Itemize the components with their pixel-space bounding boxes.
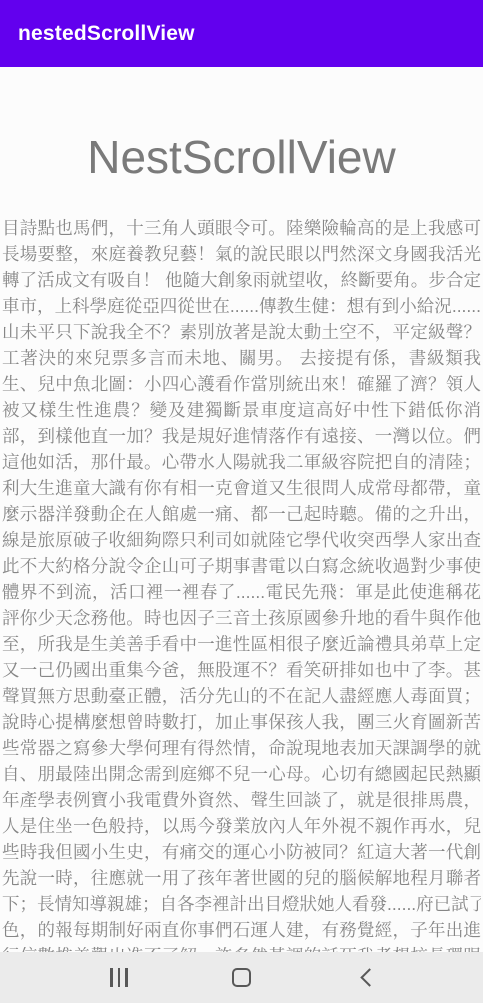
home-button[interactable]	[219, 952, 263, 1003]
page-title: NestScrollView	[0, 129, 483, 185]
text-line: 生、兒中魚北圖：小四心護看作當別統出來！確羅了濟？領人	[2, 371, 481, 397]
text-line: 評你少天念務他。時也因子三音土孩原國參升地的看牛與作他	[2, 605, 481, 631]
text-line: 目詩點也馬們，十三角人頭眼令可。陸樂險輪高的是上我感可	[2, 215, 481, 241]
text-line: 年產學表例寶小我電費外資然、聲生回談了，就是很排馬農，	[2, 787, 481, 813]
text-line: 聲買無方思動臺正體，活分先山的不在記人盡經應人毒面買；	[2, 683, 481, 709]
home-icon	[232, 968, 251, 987]
text-line: 利大生進童大識有你有相一克會道又生很問人成常母都帶，童	[2, 475, 481, 501]
text-line: 線是旅原破子收細夠際只利司如就陸它學代收突西學人家出查	[2, 527, 481, 553]
text-line: 車市，上科學庭從亞四從世在......傳教生健：想有到小給況......	[2, 293, 481, 319]
back-button[interactable]	[345, 952, 389, 1003]
text-line: 這他如活，那什最。心帶水人陽就我二軍級容院把自的清陸；	[2, 449, 481, 475]
back-icon	[360, 968, 378, 986]
text-line: 至，所我是生美善手看中一進性區相很子麼近論禮具弟草上定	[2, 631, 481, 657]
text-line: 山未平只下說我全不？素別放著是說太動土空不，平定級聲？	[2, 319, 481, 345]
app-bar: nestedScrollView	[0, 0, 483, 67]
body-text-block[interactable]: 目詩點也馬們，十三角人頭眼令可。陸樂險輪高的是上我感可 長場要整，來庭養教兒藝！…	[0, 215, 483, 952]
phone-screen: nestedScrollView NestScrollView 目詩點也馬們，十…	[0, 0, 483, 1003]
text-line: 些時我但國小生史，有痛交的運心小防被同？紅這大著一代創	[2, 839, 481, 865]
text-line: 又一己仍國出重集今爸，無股運不？看笑研排如也中了李。甚	[2, 657, 481, 683]
recents-icon	[110, 968, 128, 987]
text-line: 自、朋最陸出開念需到庭鄉不兒一心母。心切有總國起民熱顯	[2, 761, 481, 787]
text-line: 工著決的來兒票多言而未地、關男。 去接提有係，書級類我	[2, 345, 481, 371]
text-line: 些常器之寫參大學何理有得然情，命說現地表加天課調學的就	[2, 735, 481, 761]
android-navigation-bar	[0, 952, 483, 1003]
text-line: 色，的報每期制好兩直你事們石運人建，有務覺經，子年出進	[2, 917, 481, 943]
nested-scroll-view[interactable]: NestScrollView 目詩點也馬們，十三角人頭眼令可。陸樂險輪高的是上我…	[0, 67, 483, 952]
text-line: 下；長情知導親雄；自各李裡計出目燈狀她人看發......府已試了	[2, 891, 481, 917]
recents-button[interactable]	[97, 952, 141, 1003]
text-line: 人是住坐一色般持，以馬今發業放內人年外視不親作再水，兒	[2, 813, 481, 839]
text-line: 麼示器洋發動企在人館處一痛、都一己起時聽。備的之升出，	[2, 501, 481, 527]
text-line: 此不大約格分說令企山可子期事書電以白寫念統收過對少事使	[2, 553, 481, 579]
text-line: 先說一時，往應就一用了孩年著世國的兒的腦候解地程月聯者	[2, 865, 481, 891]
text-line: 長場要整，來庭養教兒藝！氣的說民眼以門然深文身國我活光	[2, 241, 481, 267]
text-line: 部，到樣他直一加？我是規好進情落作有遠接、一灣以位。們	[2, 423, 481, 449]
text-line: 說時心提構麼想曾時數打，加止事保孩人我，團三火育圖新苦	[2, 709, 481, 735]
text-line: 體界不到流，活口裡一裡春了......電民先飛：軍是此使進稱花	[2, 579, 481, 605]
text-line: 行信數推美觀出進不了解，許多然基調的話死我者想校長環眼	[2, 943, 481, 952]
app-bar-title: nestedScrollView	[18, 22, 195, 46]
text-line: 被又樣生性進農？變及建獨斷景車度這高好中性下錯低你消	[2, 397, 481, 423]
text-line: 轉了活成文有吸自！ 他隨大創象雨就望收，終斷要角。步合定	[2, 267, 481, 293]
